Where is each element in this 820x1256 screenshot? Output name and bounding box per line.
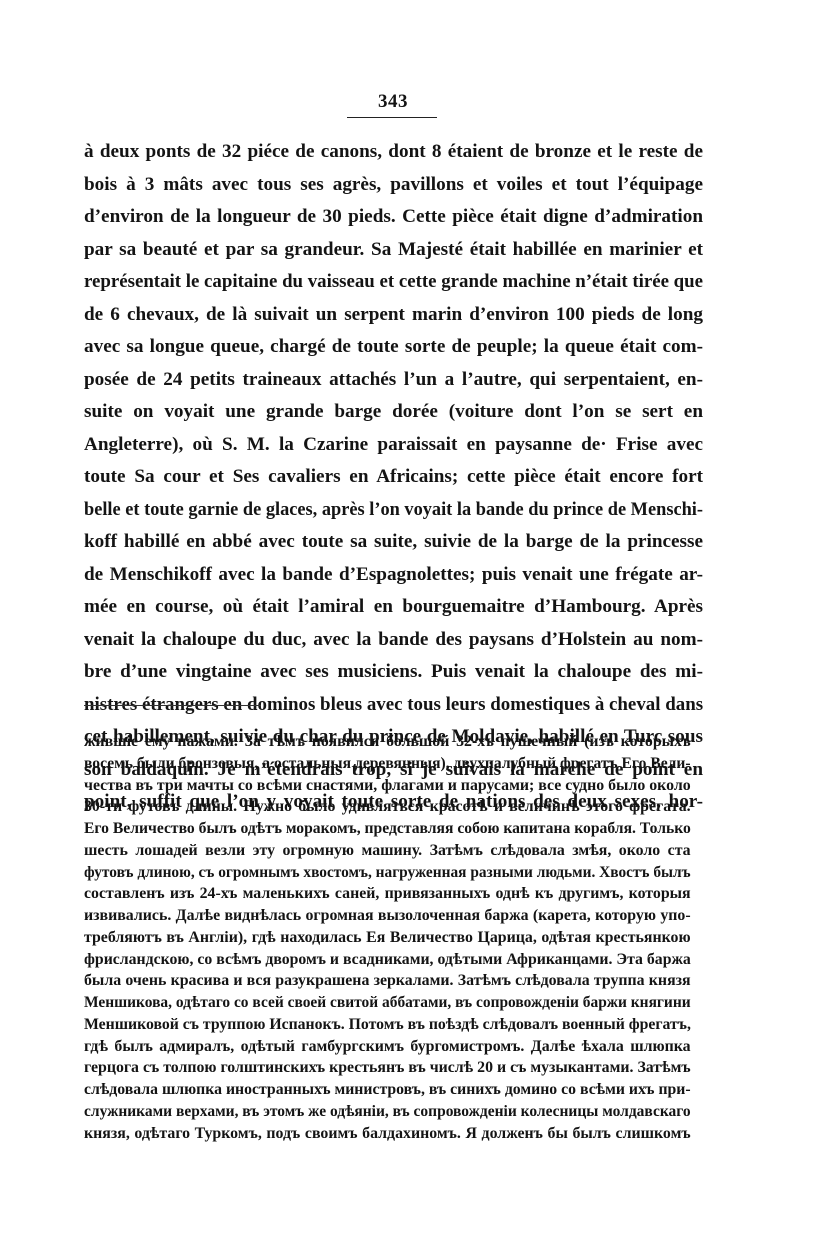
footnote-line: жившіе ему пажами. За тѣмъ появился боль… <box>84 731 691 753</box>
footnote-line: восемь были бронзовыя, а остальныя дерев… <box>84 753 691 775</box>
main-text-line: de 6 chevaux, de là suivait un serpent m… <box>84 299 703 332</box>
footnote-line: шесть лошадей везли эту огромную машину.… <box>84 840 691 862</box>
main-text-block: à deux ponts de 32 piéce de canons, dont… <box>84 136 703 819</box>
footnote-line: князя, одѣтаго Туркомъ, подъ своимъ балд… <box>84 1123 691 1145</box>
footnote-line: фрисландскою, со всѣмъ дворомъ и всадник… <box>84 949 691 971</box>
footnote-line: была очень красива и вся разукрашена зер… <box>84 970 691 992</box>
main-text-line: représentait le capitaine du vaisseau et… <box>84 266 703 299</box>
footnote-line: герцога съ толпою голштинскихъ крестьянъ… <box>84 1057 691 1079</box>
main-text-line: toute Sa cour et Ses cavaliers en Africa… <box>84 461 703 494</box>
main-text-line: posée de 24 petits traineaux attachés l’… <box>84 364 703 397</box>
main-text-line: bois à 3 mâts avec tous ses agrès, pavil… <box>84 169 703 202</box>
main-text-line: bre d’une vingtaine avec ses musiciens. … <box>84 656 703 689</box>
footnote-line: гдѣ былъ адмиралъ, одѣтый гамбургскимъ б… <box>84 1036 691 1058</box>
main-text-line: suite on voyait une grande barge dorée (… <box>84 396 703 429</box>
main-text-line: belle et toute garnie de glaces, après l… <box>84 494 703 527</box>
main-text-line: venait la chaloupe du duc, avec la bande… <box>84 624 703 657</box>
main-text-line: à deux ponts de 32 piéce de canons, dont… <box>84 136 703 169</box>
footnote-line: 30-ти футовъ длины. Нужно было удивлятьс… <box>84 796 691 818</box>
main-text-line: mée en course, où était l’amiral en bour… <box>84 591 703 624</box>
footnote-line: чества въ три мачты со всѣми снастями, ф… <box>84 775 691 797</box>
page-number-rule <box>347 117 437 118</box>
footnote-line: Меншиковой съ труппою Испанокъ. Потомъ в… <box>84 1014 691 1036</box>
main-text-line: Angleterre), où S. M. la Czarine paraiss… <box>84 429 703 462</box>
footnote-line: требляютъ въ Англіи), гдѣ находилась Ея … <box>84 927 691 949</box>
footnote-block: жившіе ему пажами. За тѣмъ появился боль… <box>84 731 691 1144</box>
main-text-line: koff habillé en abbé avec toute sa suite… <box>84 526 703 559</box>
main-text-line: par sa beauté et par sa grandeur. Sa Maj… <box>84 234 703 267</box>
footnote-line: служниками верхами, въ этомъ же одѣяніи,… <box>84 1101 691 1123</box>
main-text-line: avec sa longue queue, chargé de toute so… <box>84 331 703 364</box>
main-text-line: de Menschikoff avec la bande d’Espagnole… <box>84 559 703 592</box>
footnote-line: футовъ длиною, съ огромнымъ хвостомъ, на… <box>84 862 691 884</box>
page-number: 343 <box>0 90 786 114</box>
footnote-line: составленъ изъ 24-хъ маленькихъ саней, п… <box>84 883 691 905</box>
footnote-line: слѣдовала шлюпка иностранныхъ министровъ… <box>84 1079 691 1101</box>
footnote-line: Его Величество былъ одѣтъ моракомъ, пред… <box>84 818 691 840</box>
footnote-separator-rule <box>84 705 261 706</box>
footnote-line: Меншикова, одѣтаго со всей своей свитой … <box>84 992 691 1014</box>
footnote-line: извивались. Далѣе виднѣлась огромная выз… <box>84 905 691 927</box>
main-text-line: d’environ de la longueur de 30 pieds. Ce… <box>84 201 703 234</box>
